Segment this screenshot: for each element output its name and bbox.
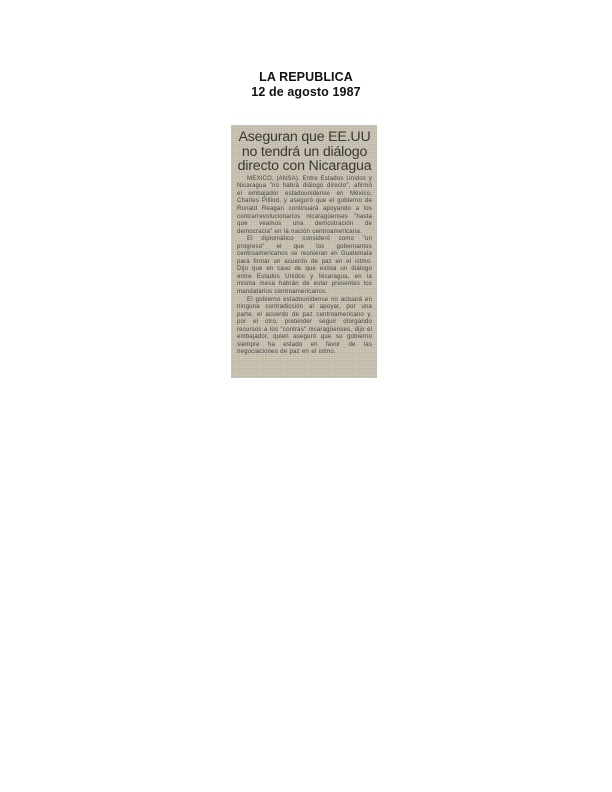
newspaper-clipping: Aseguran que EE.UU no tendrá un diálogo … bbox=[231, 125, 377, 378]
clipping-paragraph: El diplomático consideró como "un progre… bbox=[237, 235, 372, 295]
document-header: LA REPUBLICA 12 de agosto 1987 bbox=[0, 70, 612, 100]
clipping-headline: Aseguran que EE.UU no tendrá un diálogo … bbox=[237, 130, 372, 174]
clipping-paragraph: El gobierno estadounidense no actuará en… bbox=[237, 296, 372, 356]
publication-date: 12 de agosto 1987 bbox=[0, 85, 612, 100]
clipping-paragraph: MEXICO, (ANSA). Entre Estados Unidos y N… bbox=[237, 175, 372, 235]
publication-name: LA REPUBLICA bbox=[0, 70, 612, 85]
